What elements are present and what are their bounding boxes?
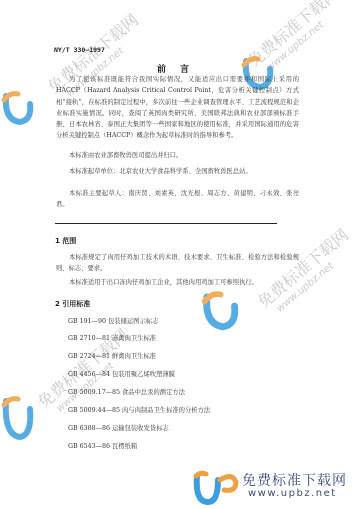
reference-item: GB 5009.44—85 肉与肉制品卫生标准的分析方法 xyxy=(68,405,210,414)
section-paragraph: 本标准适用于出口冻肉仔鸡加工企业，其他肉用鸡加工可参照执行。 xyxy=(56,277,299,288)
preface-paragraph: 为了使该标准既能符合我国实际情况，又能适应出口需要并和国际上采用的 HACCP（… xyxy=(56,74,299,142)
preface-paragraph: 本标准主要起草人：南庆贤、刘素英、沈光根、周志方、黄建明、刁永效、张亮君。 xyxy=(56,188,299,211)
section-paragraph: 本标准规定了肉用仔鸡加工技术的术语、技术要求、卫生标准、检验方法和检验规则、标志… xyxy=(56,252,299,275)
up-logo-icon xyxy=(0,395,40,445)
reference-item: GB 2710—81 冻禽肉卫生标准 xyxy=(68,333,156,342)
footer-site-name: 免费标准下载网 xyxy=(242,470,347,490)
section-heading-scope: 1 范围 xyxy=(55,236,76,246)
document-code: NY/T 330—1997 xyxy=(54,46,105,54)
section-heading-references: 2 引用标准 xyxy=(55,299,90,309)
footer-watermark-logo: 免费标准下载网 www.upbz.net xyxy=(192,470,360,506)
preface-paragraph: 本标准由农业部畜牧兽医司提出并归口。 xyxy=(56,150,299,161)
reference-item: GB 5009.17—85 食品中总汞的测定方法 xyxy=(68,387,185,396)
reference-item: GB 191—90 包装储运图示标志 xyxy=(68,316,158,325)
reference-item: GB 6388—86 运输包装收发货标志 xyxy=(68,423,169,432)
footer-url: www.upbz.net xyxy=(248,488,337,499)
up-logo-icon xyxy=(192,470,240,506)
reference-item: GB 6543—86 瓦楞纸箱 xyxy=(68,441,137,450)
up-logo-icon xyxy=(0,90,40,130)
divider xyxy=(55,223,277,224)
up-logo-icon xyxy=(200,290,246,336)
reference-item: GB 2724—81 鲜禽肉卫生标准 xyxy=(68,351,156,360)
preface-paragraph: 本标准起草单位：北京农业大学食品科学系、全国畜牧兽医总站。 xyxy=(56,166,299,177)
reference-item: GB 4456—84 包装用聚乙烯吹塑薄膜 xyxy=(68,369,175,378)
